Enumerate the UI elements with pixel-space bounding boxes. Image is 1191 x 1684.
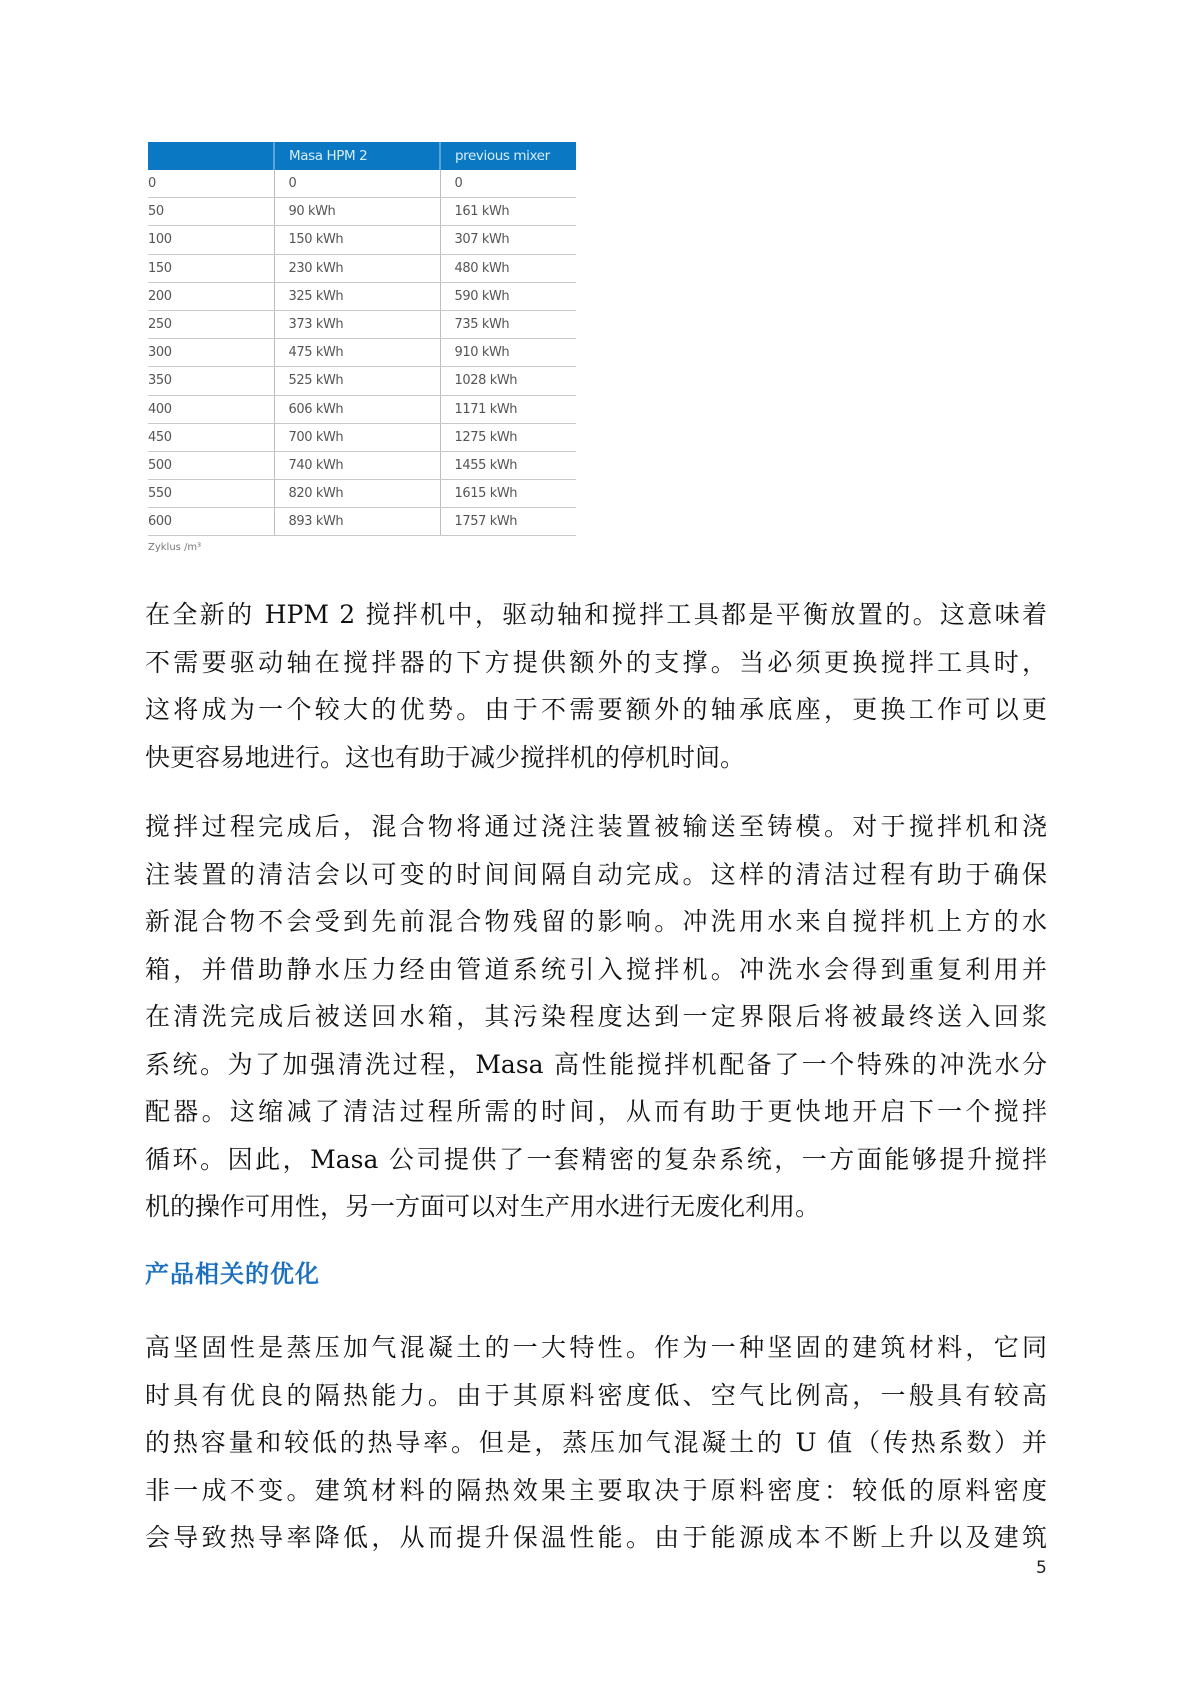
table-row: 5090 kWh161 kWh	[148, 198, 576, 226]
table-row: 450700 kWh1275 kWh	[148, 423, 576, 451]
cell-cycle: 450	[148, 423, 274, 451]
cell-masa-hpm2: 373 kWh	[274, 310, 440, 338]
text-line: 新混合物不会受到先前混合物残留的影响。冲洗用水来自搅拌机上方的水	[145, 898, 1047, 946]
text-line: 高坚固性是蒸压加气混凝土的一大特性。作为一种坚固的建筑材料，它同	[145, 1324, 1047, 1372]
paragraph-3: 高坚固性是蒸压加气混凝土的一大特性。作为一种坚固的建筑材料，它同 时具有优良的隔…	[145, 1324, 1047, 1562]
cell-previous-mixer: 1171 kWh	[440, 395, 576, 423]
cell-masa-hpm2: 606 kWh	[274, 395, 440, 423]
cell-cycle: 300	[148, 339, 274, 367]
text-line: 搅拌过程完成后，混合物将通过浇注装置被输送至铸模。对于搅拌机和浇	[145, 803, 1047, 851]
text-line: 机的操作可用性，另一方面可以对生产用水进行无废化利用。	[145, 1183, 1047, 1231]
cell-cycle: 250	[148, 310, 274, 338]
energy-consumption-table: Masa HPM 2 previous mixer 0005090 kWh161…	[148, 142, 576, 536]
cell-masa-hpm2: 475 kWh	[274, 339, 440, 367]
cell-masa-hpm2: 893 kWh	[274, 508, 440, 536]
cell-previous-mixer: 480 kWh	[440, 254, 576, 282]
cell-masa-hpm2: 0	[274, 170, 440, 198]
cell-cycle: 550	[148, 480, 274, 508]
section-heading: 产品相关的优化	[145, 1254, 320, 1289]
cell-cycle: 600	[148, 508, 274, 536]
table-header-previous-mixer: previous mixer	[440, 142, 576, 170]
cell-cycle: 0	[148, 170, 274, 198]
text-line: 箱，并借助静水压力经由管道系统引入搅拌机。冲洗水会得到重复利用并	[145, 946, 1047, 994]
table-row: 350525 kWh1028 kWh	[148, 367, 576, 395]
text-line: 的热容量和较低的热导率。但是，蒸压加气混凝土的 U 值（传热系数）并	[145, 1419, 1047, 1467]
text-line: 配器。这缩减了清洁过程所需的时间，从而有助于更快地开启下一个搅拌	[145, 1088, 1047, 1136]
table-header-masa-hpm2: Masa HPM 2	[274, 142, 440, 170]
cell-previous-mixer: 1028 kWh	[440, 367, 576, 395]
cell-masa-hpm2: 740 kWh	[274, 451, 440, 479]
cell-previous-mixer: 1615 kWh	[440, 480, 576, 508]
cell-previous-mixer: 1455 kWh	[440, 451, 576, 479]
cell-previous-mixer: 735 kWh	[440, 310, 576, 338]
cell-previous-mixer: 590 kWh	[440, 282, 576, 310]
cell-previous-mixer: 307 kWh	[440, 226, 576, 254]
text-line: 在清洗完成后被送回水箱，其污染程度达到一定界限后将被最终送入回浆	[145, 993, 1047, 1041]
text-line: 循环。因此，Masa 公司提供了一套精密的复杂系统，一方面能够提升搅拌	[145, 1136, 1047, 1184]
page-number: 5	[1036, 1558, 1047, 1578]
text-line: 系统。为了加强清洗过程，Masa 高性能搅拌机配备了一个特殊的冲洗水分	[145, 1041, 1047, 1089]
table-caption: Zyklus /m³	[148, 542, 201, 553]
cell-previous-mixer: 1275 kWh	[440, 423, 576, 451]
table-row: 600893 kWh1757 kWh	[148, 508, 576, 536]
cell-masa-hpm2: 150 kWh	[274, 226, 440, 254]
table-row: 150230 kWh480 kWh	[148, 254, 576, 282]
cell-cycle: 200	[148, 282, 274, 310]
table-row: 250373 kWh735 kWh	[148, 310, 576, 338]
text-line: 会导致热导率降低，从而提升保温性能。由于能源成本不断上升以及建筑	[145, 1514, 1047, 1562]
cell-masa-hpm2: 525 kWh	[274, 367, 440, 395]
cell-cycle: 500	[148, 451, 274, 479]
table-header-cycle	[148, 142, 274, 170]
cell-masa-hpm2: 230 kWh	[274, 254, 440, 282]
table-row: 500740 kWh1455 kWh	[148, 451, 576, 479]
text-line: 不需要驱动轴在搅拌器的下方提供额外的支撑。当必须更换搅拌工具时，	[145, 639, 1047, 687]
cell-masa-hpm2: 90 kWh	[274, 198, 440, 226]
cell-previous-mixer: 910 kWh	[440, 339, 576, 367]
text-line: 在全新的 HPM 2 搅拌机中，驱动轴和搅拌工具都是平衡放置的。这意味着	[145, 591, 1047, 639]
text-line: 快更容易地进行。这也有助于减少搅拌机的停机时间。	[145, 734, 1047, 782]
table-row: 300475 kWh910 kWh	[148, 339, 576, 367]
table-row: 100150 kWh307 kWh	[148, 226, 576, 254]
cell-masa-hpm2: 325 kWh	[274, 282, 440, 310]
cell-previous-mixer: 0	[440, 170, 576, 198]
table-row: 550820 kWh1615 kWh	[148, 480, 576, 508]
text-line: 非一成不变。建筑材料的隔热效果主要取决于原料密度：较低的原料密度	[145, 1467, 1047, 1515]
text-line: 时具有优良的隔热能力。由于其原料密度低、空气比例高，一般具有较高	[145, 1372, 1047, 1420]
table-body: 0005090 kWh161 kWh100150 kWh307 kWh15023…	[148, 170, 576, 536]
table-row: 000	[148, 170, 576, 198]
cell-cycle: 350	[148, 367, 274, 395]
text-line: 这将成为一个较大的优势。由于不需要额外的轴承底座，更换工作可以更	[145, 686, 1047, 734]
table-header-row: Masa HPM 2 previous mixer	[148, 142, 576, 170]
text-line: 注装置的清洁会以可变的时间间隔自动完成。这样的清洁过程有助于确保	[145, 851, 1047, 899]
cell-cycle: 400	[148, 395, 274, 423]
paragraph-2: 搅拌过程完成后，混合物将通过浇注装置被输送至铸模。对于搅拌机和浇 注装置的清洁会…	[145, 803, 1047, 1231]
document-page: Masa HPM 2 previous mixer 0005090 kWh161…	[0, 0, 1191, 1684]
cell-previous-mixer: 161 kWh	[440, 198, 576, 226]
cell-cycle: 150	[148, 254, 274, 282]
cell-previous-mixer: 1757 kWh	[440, 508, 576, 536]
paragraph-1: 在全新的 HPM 2 搅拌机中，驱动轴和搅拌工具都是平衡放置的。这意味着 不需要…	[145, 591, 1047, 781]
cell-cycle: 50	[148, 198, 274, 226]
cell-cycle: 100	[148, 226, 274, 254]
cell-masa-hpm2: 820 kWh	[274, 480, 440, 508]
table-row: 400606 kWh1171 kWh	[148, 395, 576, 423]
cell-masa-hpm2: 700 kWh	[274, 423, 440, 451]
table-row: 200325 kWh590 kWh	[148, 282, 576, 310]
